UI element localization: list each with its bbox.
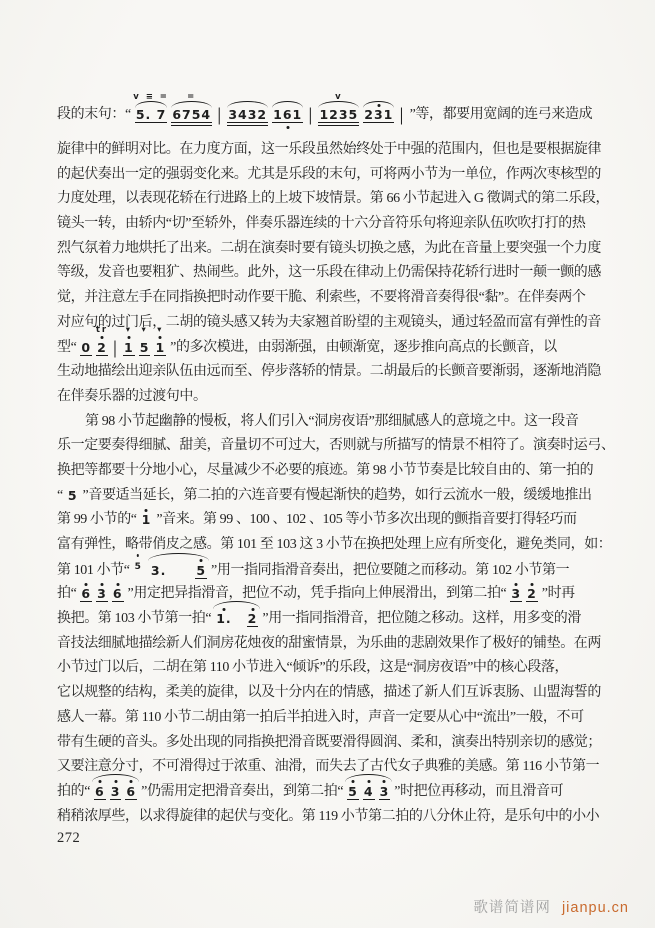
notation-line: 段的末句：“5. 7v ≡ =6754=|3432161|1235v231|”等…: [57, 80, 605, 138]
text-line: “5”音要适当延长，第二拍的六连音要有慢起渐快的趋势，如行云流水一般，缓缓地推出: [57, 484, 605, 509]
text-segment: 音技法细腻地描绘新人们洞房花烛夜的甜蜜情景，为乐曲的悲剧效果作了极好的铺垫。在两: [57, 636, 601, 651]
jianpu-note: 231: [363, 108, 394, 123]
text-line: 型“02tr|1▾5▾1▾”的多次模进，由弱渐强，由顿渐宽，逐步推向高点的长颤音…: [57, 336, 605, 361]
jianpu-note: 6754=: [171, 108, 212, 126]
text-segment: 乐一定要奏得细腻、甜美，音量切不可过大，否则就与所描写的情景不相符了。演奏时运弓…: [57, 438, 615, 453]
jianpu-note: 5. 7v ≡ =: [135, 108, 168, 123]
jianpu-note: 2tr: [96, 341, 108, 356]
text-segment: 对应句的过门后，二胡的镜头感又转为夫家翘首盼望的主观镜头，通过轻盈而富有弹性的音: [57, 315, 601, 330]
jianpu-notation: 02tr|1▾5▾1▾: [76, 337, 170, 362]
text-segment: 第 101 小节“: [57, 563, 130, 578]
text-line: 小节过门以后，二胡在第 110 小节进入“倾诉”的乐段，这是“洞房夜语”中的核心…: [57, 656, 605, 681]
jianpu-note: 6: [112, 587, 124, 602]
jianpu-note: 3.: [150, 564, 167, 578]
text-line: 觉，并注意左手在同指换把时动作要干脆、利索些，不要将滑音奏得很“黏”。在伴奏两个: [57, 286, 605, 311]
jianpu-notation: 543: [343, 781, 394, 806]
jianpu-note: 5: [195, 564, 207, 579]
text-segment: 在伴奏乐器的过渡句中。: [57, 389, 207, 404]
text-segment: 觉，并注意左手在同指换把时动作要干脆、利索些，不要将滑音奏得很“黏”。在伴奏两个: [57, 290, 585, 305]
jianpu-notation: 5: [63, 485, 83, 510]
text-line: 第 101 小节“53.5”用一指同指滑音奏出，把位要随之而移动。第 102 小…: [57, 558, 605, 583]
text-segment: ”时再: [542, 586, 575, 601]
barline: |: [112, 341, 119, 355]
jianpu-note: 4: [363, 785, 375, 800]
text-line: 等级，发音也要粗犷、热闹些。此外，这一乐段在律动上仍需保持花轿行进时一颠一颤的感: [57, 261, 605, 286]
text-segment: 换把。第 103 小节第一拍“: [57, 611, 211, 626]
jianpu-notation: 636: [76, 583, 127, 608]
text-line: 生动地描绘出迎亲队伍由远而至、停步落轿的情景。二胡最后的长颤音要渐弱，逐渐地消隐: [57, 360, 605, 385]
text-line: 第 99 小节的“1”音来。第 99 、100 、102 、105 等小节多次出…: [57, 508, 605, 533]
jianpu-notation: 636: [90, 781, 141, 806]
text-line: 第 98 小节起幽静的慢板，将人们引入“洞房夜语”那细腻感人的意境之中。这一段音: [57, 410, 605, 435]
text-line: 对应句的过门后，二胡的镜头感又转为夫家翘首盼望的主观镜头，通过轻盈而富有弹性的音: [57, 311, 605, 336]
text-segment: ”音来。第 99 、100 、102 、105 等小节多次出现的颤指音要打得轻巧…: [156, 512, 576, 527]
text-segment: 型“: [57, 340, 76, 355]
text-segment: 小节过门以后，二胡在第 110 小节进入“倾诉”的乐段，这是“洞房夜语”中的核心…: [57, 660, 568, 675]
text-segment: 旋律中的鲜明对比。在力度方面，这一乐段虽然始终处于中强的范围内，但也是要根据旋律: [57, 142, 601, 157]
text-segment: 带有生硬的音头。多处出现的同指换把滑音既要滑得圆润、柔和，演奏出特别亲切的感觉；: [57, 735, 601, 750]
text-segment: 烈气氛着力地烘托了出来。二胡在演奏时要有镜头切换之感，为此在音量上要突强一个力度: [57, 241, 601, 256]
text-segment: 它以规整的结构，柔美的旋律，以及十分内在的情感，描述了新人们互诉衷肠、山盟海誓的: [57, 685, 601, 700]
text-line: 力度处理，以表现花轿在行进路上的上坡下坡情景。第 66 小节起进入 G 徵调式的…: [57, 187, 605, 212]
text-segment: ”用定把异指滑音，把位不动，凭手指向上伸展滑出，到第二拍“: [128, 586, 507, 601]
text-segment: ”时把位再移动，而且滑音可: [394, 784, 563, 799]
barline: |: [307, 108, 314, 122]
text-segment: 等级，发音也要粗犷、热闹些。此外，这一乐段在律动上仍需保持花轿行进时一颠一颤的感: [57, 265, 601, 280]
jianpu-notation: 32: [506, 583, 541, 608]
jianpu-note: 3: [510, 587, 522, 602]
watermark: 歌谱简谱网 jianpu.cn: [473, 896, 629, 917]
text-segment: 镜头一转，由轿内“切”至轿外，伴奏乐器连续的十六分音符乐句将迎亲队伍吹吹打打的热: [57, 216, 585, 231]
text-line: 它以规整的结构，柔美的旋律，以及十分内在的情感，描述了新人们互诉衷肠、山盟海誓的: [57, 681, 605, 706]
text-segment: ”用一指同指滑音，把位随之移动。这样，用多变的滑: [262, 611, 581, 626]
text-line: 又要注意分寸，不可滑得过于浓重、油滑，而失去了古代女子典雅的美感。第 116 小…: [57, 755, 605, 780]
jianpu-notation: 3.5: [146, 560, 211, 585]
text-segment: 稍稍浓厚些，以求得旋律的起伏与变化。第 119 小节第二拍的八分休止符，是乐句中…: [57, 809, 599, 824]
text-line: 乐一定要奏得细腻、甜美，音量切不可过大，否则就与所描写的情景不相符了。演奏时运弓…: [57, 434, 605, 459]
jianpu-note: 3: [379, 785, 391, 800]
text-segment: 的起伏奏出一定的强弱变化来。尤其是乐段的末句，可将两小节为一单位，作两次枣核型的: [57, 167, 601, 182]
text-segment: 感人一幕。第 110 小节二胡由第一拍后半拍进入时，声音一定要从心中“流出”一般…: [57, 710, 584, 725]
jianpu-note: 6: [125, 785, 137, 800]
jianpu-note: 3432: [227, 108, 268, 126]
text-line: 音技法细腻地描绘新人们洞房花烛夜的甜蜜情景，为乐曲的悲剧效果作了极好的铺垫。在两: [57, 632, 605, 657]
jianpu-note: 2: [247, 612, 259, 627]
jianpu-note: 5: [134, 558, 142, 575]
text-line: 的起伏奏出一定的强弱变化来。尤其是乐段的末句，可将两小节为一单位，作两次枣核型的: [57, 163, 605, 188]
text-segment: 拍“: [57, 586, 76, 601]
text-segment: ”仍需用定把滑音奏出，到第二拍“: [141, 784, 343, 799]
text-segment: 生动地描绘出迎亲队伍由远而至、停步落轿的情景。二胡最后的长颤音要渐弱，逐渐地消隐: [57, 364, 601, 379]
text-line: 换把。第 103 小节第一拍“1.2”用一指同指滑音，把位随之移动。这样，用多变…: [57, 607, 605, 632]
jianpu-notation: 5. 7v ≡ =6754=|3432161|1235v231|: [131, 93, 410, 139]
jianpu-note: 1: [141, 513, 153, 527]
text-segment: 第 98 小节起幽静的慢板，将人们引入“洞房夜语”那细腻感人的意境之中。这一段音: [85, 414, 578, 429]
text-line: 烈气氛着力地烘托了出来。二胡在演奏时要有镜头切换之感，为此在音量上要突强一个力度: [57, 237, 605, 262]
text-segment: ”等，都要用宽阔的连弓来造成: [410, 107, 593, 122]
text-line: 感人一幕。第 110 小节二胡由第一拍后半拍进入时，声音一定要从心中“流出”一般…: [57, 706, 605, 731]
jianpu-note: 0: [80, 341, 92, 356]
text-segment: 又要注意分寸，不可滑得过于浓重、油滑，而失去了古代女子典雅的美感。第 116 小…: [57, 759, 599, 774]
jianpu-note: 6: [80, 587, 92, 602]
jianpu-note: 6: [94, 785, 106, 800]
text-line: 在伴奏乐器的过渡句中。: [57, 385, 605, 410]
jianpu-notation: 1: [137, 509, 157, 534]
jianpu-note: 161: [272, 108, 303, 123]
text-line: 镜头一转，由轿内“切”至轿外，伴奏乐器连续的十六分音符乐句将迎亲队伍吹吹打打的热: [57, 212, 605, 237]
jianpu-note: 1▾: [123, 341, 135, 356]
jianpu-note: 1▾: [154, 341, 166, 356]
jianpu-note: 5: [67, 489, 79, 503]
barline: |: [216, 108, 223, 122]
text-segment: 拍的“: [57, 784, 90, 799]
jianpu-notation: 1.2: [211, 608, 262, 633]
jianpu-note: 3: [96, 587, 108, 602]
jianpu-note: 5: [347, 785, 359, 800]
barline: |: [398, 108, 405, 122]
text-line: 换把等都要十分地小心，尽量减少不必要的痕迹。第 98 小节节奏是比较自由的、第一…: [57, 459, 605, 484]
text-line: 旋律中的鲜明对比。在力度方面，这一乐段虽然始终处于中强的范围内，但也是要根据旋律: [57, 138, 605, 163]
text-segment: ”音要适当延长，第二拍的六连音要有慢起渐快的趋势，如行云流水一般，缓缓地推出: [83, 488, 592, 503]
watermark-site-name: 歌谱简谱网: [473, 900, 551, 916]
watermark-site-url: jianpu.cn: [562, 900, 629, 916]
document-lines: 段的末句：“5. 7v ≡ =6754=|3432161|1235v231|”等…: [57, 80, 605, 829]
text-segment: ”用一指同指滑音奏出，把位要随之而移动。第 102 小节第一: [211, 563, 569, 578]
page-number: 272: [57, 830, 80, 847]
text-segment: 富有弹性，略带俏皮之感。第 101 至 103 这 3 小节在换把处理上应有所变…: [57, 537, 611, 552]
jianpu-notation: 5: [130, 558, 146, 585]
jianpu-note: 1235v: [318, 108, 359, 126]
scanned-book-page: 段的末句：“5. 7v ≡ =6754=|3432161|1235v231|”等…: [0, 0, 655, 928]
text-line: 稍稍浓厚些，以求得旋律的起伏与变化。第 119 小节第二拍的八分休止符，是乐句中…: [57, 805, 605, 830]
jianpu-note: 2: [526, 587, 538, 602]
text-segment: 段的末句：“: [57, 107, 131, 122]
text-line: 富有弹性，略带俏皮之感。第 101 至 103 这 3 小节在换把处理上应有所变…: [57, 533, 605, 558]
jianpu-note: 5▾: [139, 341, 151, 356]
jianpu-note: 3: [110, 785, 122, 800]
text-segment: 力度处理，以表现花轿在行进路上的上坡下坡情景。第 66 小节起进入 G 徵调式的…: [57, 191, 609, 206]
text-segment: ”的多次模进，由弱渐强，由顿渐宽，逐步推向高点的长颤音，以: [170, 340, 557, 355]
text-line: 拍“636”用定把异指滑音，把位不动，凭手指向上伸展滑出，到第二拍“32”时再: [57, 582, 605, 607]
jianpu-note: 1.: [215, 612, 232, 626]
text-line: 带有生硬的音头。多处出现的同指换把滑音既要滑得圆润、柔和，演奏出特别亲切的感觉；: [57, 731, 605, 756]
text-segment: 换把等都要十分地小心，尽量减少不必要的痕迹。第 98 小节节奏是比较自由的、第一…: [57, 463, 593, 478]
text-segment: 第 99 小节的“: [57, 512, 137, 527]
text-line: 拍的“636”仍需用定把滑音奏出，到第二拍“543”时把位再移动，而且滑音可: [57, 780, 605, 805]
